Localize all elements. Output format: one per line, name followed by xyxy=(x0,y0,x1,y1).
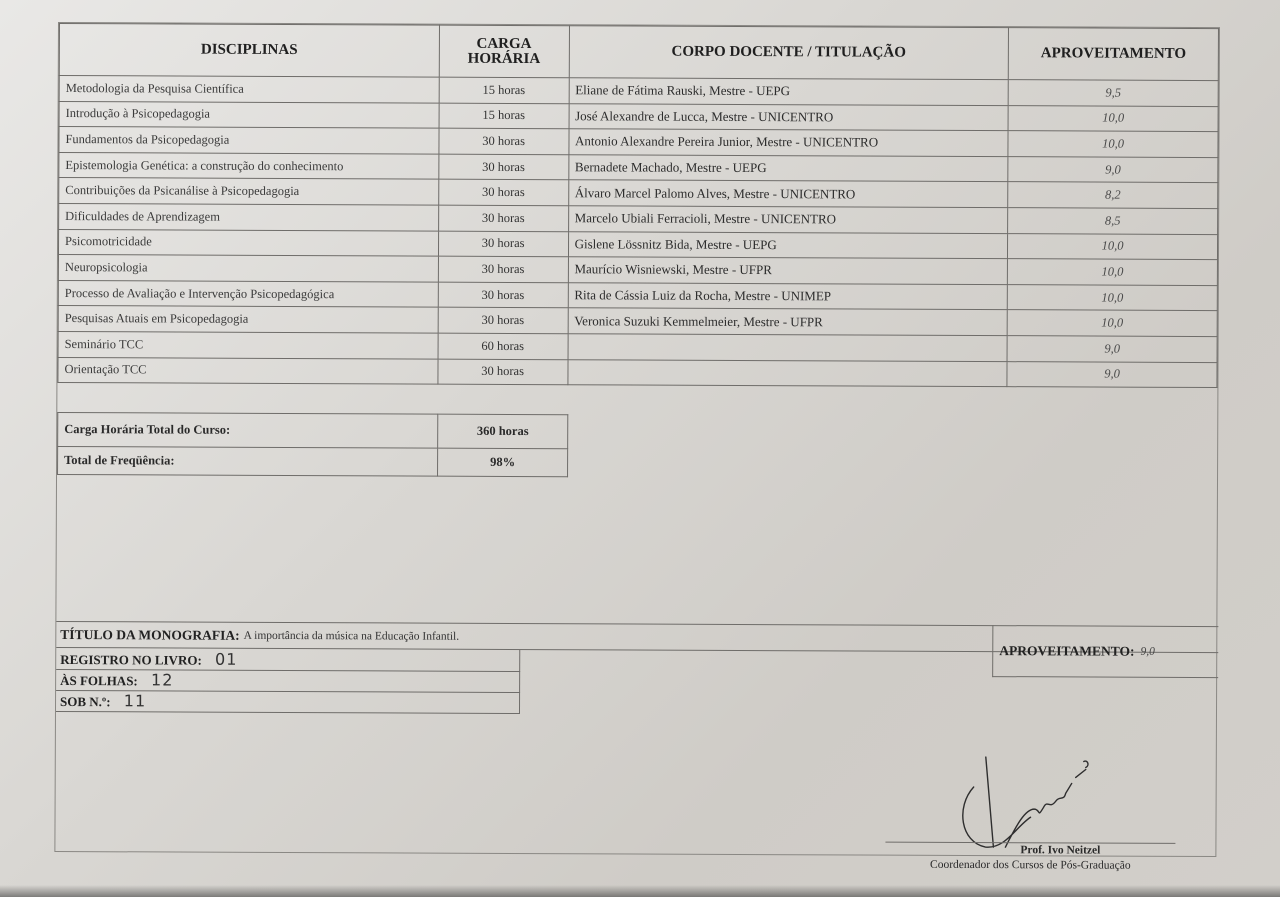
header-carga-line1: CARGA xyxy=(477,35,532,51)
registro-sob-label: SOB N.º: xyxy=(60,694,111,709)
registro-livro-row: REGISTRO NO LIVRO: 01 xyxy=(56,648,520,671)
monografia-title-label: TÍTULO DA MONOGRAFIA: xyxy=(60,627,239,644)
registro-sob-value: 11 xyxy=(124,691,146,710)
carga-horaria-cell: 30 horas xyxy=(438,256,568,282)
carga-horaria-cell: 30 horas xyxy=(438,282,568,308)
monografia-score-label: APROVEITAMENTO: xyxy=(999,643,1134,660)
carga-horaria-cell: 30 horas xyxy=(438,180,568,206)
total-carga-value: 360 horas xyxy=(438,414,568,449)
registro-folhas-value: 12 xyxy=(151,670,173,689)
discipline-cell: Psicomotricidade xyxy=(58,229,438,256)
registro-livro-label: REGISTRO NO LIVRO: xyxy=(60,652,202,668)
aproveitamento-cell: 10,0 xyxy=(1008,233,1218,260)
signatory-name: Prof. Ivo Neitzel xyxy=(885,844,1175,857)
carga-horaria-cell: 60 horas xyxy=(438,333,568,359)
aproveitamento-cell: 10,0 xyxy=(1007,310,1217,337)
aproveitamento-cell: 9,5 xyxy=(1008,80,1218,107)
aproveitamento-cell: 10,0 xyxy=(1008,131,1218,158)
aproveitamento-cell: 10,0 xyxy=(1008,105,1218,132)
docente-cell: Antonio Alexandre Pereira Junior, Mestre… xyxy=(568,129,1008,157)
docente-cell: Maurício Wisniewski, Mestre - UFPR xyxy=(568,257,1008,285)
aproveitamento-cell: 8,5 xyxy=(1008,208,1218,235)
monografia-score-value: 9,0 xyxy=(1141,645,1155,657)
discipline-cell: Fundamentos da Psicopedagogia xyxy=(59,127,439,154)
carga-horaria-cell: 30 horas xyxy=(439,154,569,180)
aproveitamento-cell: 9,0 xyxy=(1008,156,1218,183)
monografia-score: APROVEITAMENTO: 9,0 xyxy=(992,625,1218,678)
signatory-role: Coordenador dos Cursos de Pós-Graduação xyxy=(885,859,1175,872)
header-carga-horaria: CARGA HORÁRIA xyxy=(439,25,569,78)
carga-horaria-cell: 30 horas xyxy=(438,308,568,334)
carga-horaria-cell: 30 horas xyxy=(438,231,568,257)
docente-cell: Marcelo Ubiali Ferracioli, Mestre - UNIC… xyxy=(568,206,1008,234)
docente-cell: Bernadete Machado, Mestre - UEPG xyxy=(568,155,1008,183)
total-frequencia-value: 98% xyxy=(438,448,568,477)
carga-horaria-cell: 30 horas xyxy=(438,359,568,385)
docente-cell xyxy=(568,334,1008,362)
aproveitamento-cell: 8,2 xyxy=(1008,182,1218,209)
header-disciplinas: DISCIPLINAS xyxy=(59,24,439,78)
totals-table: Carga Horária Total do Curso: 360 horas … xyxy=(57,412,568,477)
discipline-cell: Metodologia da Pesquisa Científica xyxy=(59,76,439,103)
docente-cell xyxy=(567,359,1007,387)
aproveitamento-cell: 9,0 xyxy=(1007,361,1217,388)
docente-cell: Álvaro Marcel Palomo Alves, Mestre - UNI… xyxy=(568,180,1008,208)
discipline-cell: Contribuições da Psicanálise à Psicopeda… xyxy=(59,178,439,205)
discipline-cell: Neuropsicologia xyxy=(58,255,438,282)
header-aproveitamento: APROVEITAMENTO xyxy=(1008,28,1218,81)
discipline-cell: Orientação TCC xyxy=(58,357,438,384)
grades-table: DISCIPLINAS CARGA HORÁRIA CORPO DOCENTE … xyxy=(57,23,1219,388)
docente-cell: Rita de Cássia Luiz da Rocha, Mestre - U… xyxy=(568,282,1008,310)
table-header-row: DISCIPLINAS CARGA HORÁRIA CORPO DOCENTE … xyxy=(59,24,1218,81)
docente-cell: Eliane de Fátima Rauski, Mestre - UEPG xyxy=(569,78,1009,106)
registro-sob-row: SOB N.º: 11 xyxy=(56,690,520,713)
discipline-cell: Introdução à Psicopedagogia xyxy=(59,101,439,128)
total-carga-row: Carga Horária Total do Curso: 360 horas xyxy=(58,413,568,449)
discipline-cell: Pesquisas Atuais em Psicopedagogia xyxy=(58,306,438,333)
photo-bottom-edge xyxy=(0,885,1280,897)
table-row: Orientação TCC30 horas9,0 xyxy=(58,357,1217,388)
carga-horaria-cell: 30 horas xyxy=(439,128,569,154)
aproveitamento-cell: 10,0 xyxy=(1007,284,1217,311)
docente-cell: Gislene Lössnitz Bida, Mestre - UEPG xyxy=(568,231,1008,259)
docente-cell: Veronica Suzuki Kemmelmeier, Mestre - UF… xyxy=(568,308,1008,336)
registro-folhas-label: ÀS FOLHAS: xyxy=(60,673,138,688)
total-carga-label: Carga Horária Total do Curso: xyxy=(58,413,438,449)
certificate-page: DISCIPLINAS CARGA HORÁRIA CORPO DOCENTE … xyxy=(54,22,1220,857)
total-frequencia-row: Total de Freqüência: 98% xyxy=(58,447,568,477)
registro-livro-value: 01 xyxy=(215,649,237,668)
header-corpo-docente: CORPO DOCENTE / TITULAÇÃO xyxy=(569,26,1009,80)
discipline-cell: Dificuldades de Aprendizagem xyxy=(59,203,439,230)
aproveitamento-cell: 10,0 xyxy=(1008,259,1218,286)
total-frequencia-label: Total de Freqüência: xyxy=(58,447,438,477)
discipline-cell: Processo de Avaliação e Intervenção Psic… xyxy=(58,280,438,307)
registro-table: REGISTRO NO LIVRO: 01 ÀS FOLHAS: 12 SOB … xyxy=(56,648,520,714)
monografia-title-value: A importância da música na Educação Infa… xyxy=(244,629,460,642)
carga-horaria-cell: 15 horas xyxy=(439,103,569,129)
signature-block: Prof. Ivo Neitzel Coordenador dos Cursos… xyxy=(885,747,1175,858)
discipline-cell: Epistemologia Genética: a construção do … xyxy=(59,152,439,179)
registro-folhas-row: ÀS FOLHAS: 12 xyxy=(56,669,520,692)
header-carga-line2: HORÁRIA xyxy=(468,50,541,66)
docente-cell: José Alexandre de Lucca, Mestre - UNICEN… xyxy=(569,103,1009,131)
carga-horaria-cell: 30 horas xyxy=(438,205,568,231)
carga-horaria-cell: 15 horas xyxy=(439,77,569,103)
aproveitamento-cell: 9,0 xyxy=(1007,336,1217,363)
discipline-cell: Seminário TCC xyxy=(58,331,438,358)
